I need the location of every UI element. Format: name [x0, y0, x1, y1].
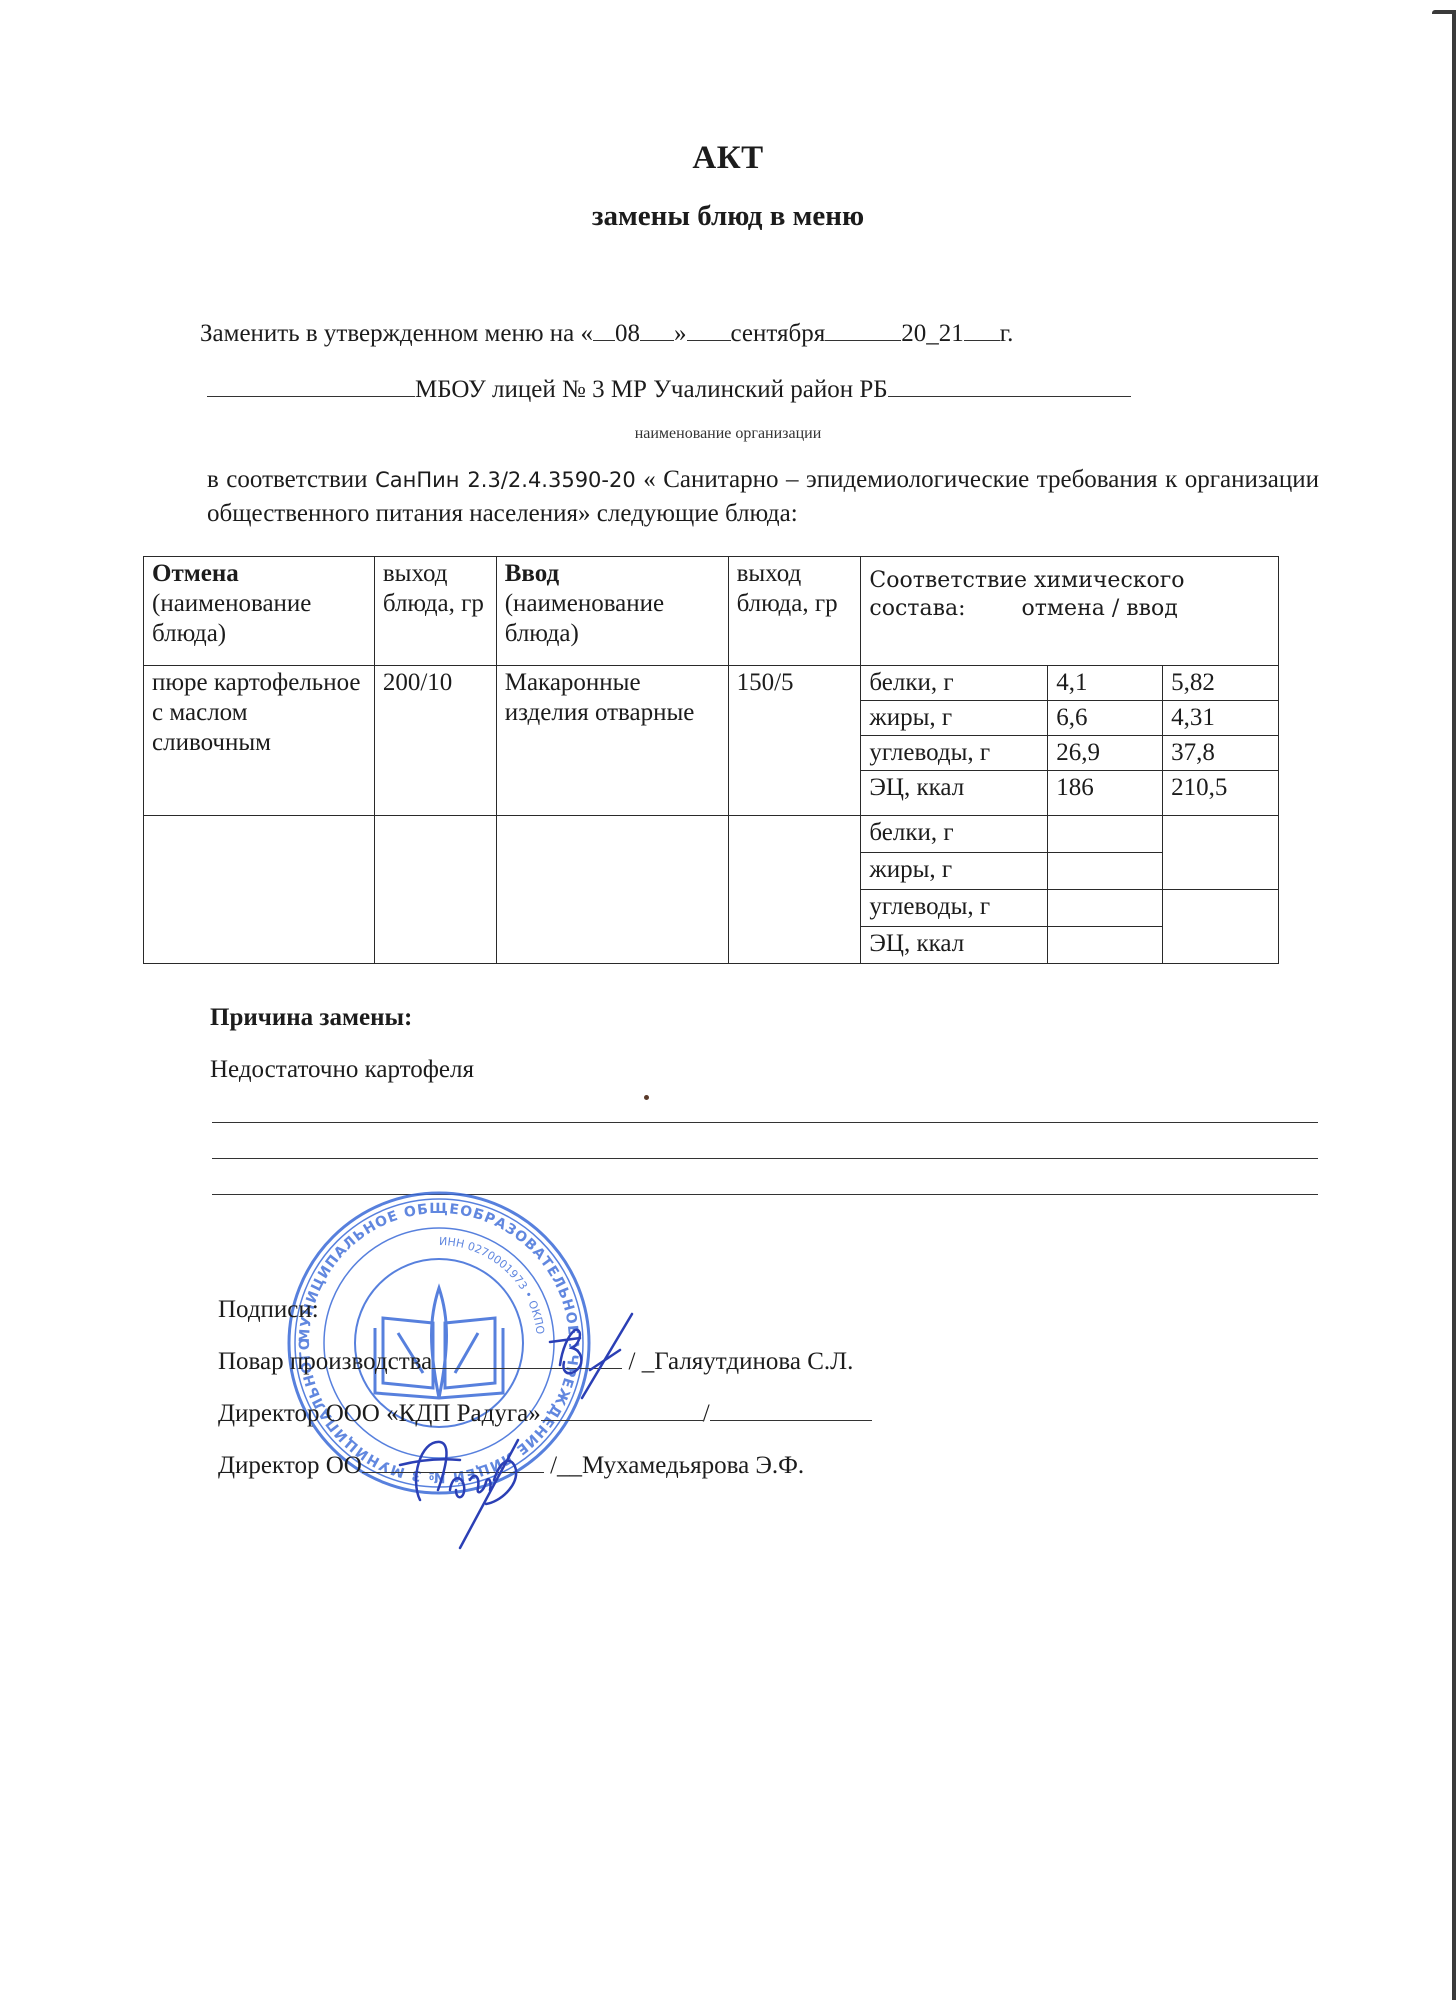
- organization-line: МБОУ лицей № 3 МР Учалинский район РБ: [207, 374, 1131, 404]
- scan-edge-top: [1432, 10, 1456, 14]
- cancel-dish-cell: [144, 816, 375, 964]
- chem-label: белки, г: [861, 816, 1048, 853]
- chem-label: ЭЦ, ккал: [861, 771, 1048, 816]
- chem-cancel-value: 6,6: [1048, 701, 1163, 736]
- chem-cancel-value: [1048, 927, 1163, 964]
- chem-label: углеводы, г: [861, 736, 1048, 771]
- chem-cancel-value: 26,9: [1048, 736, 1163, 771]
- organization-name: МБОУ лицей № 3 МР Учалинский район РБ: [415, 376, 888, 403]
- chem-input-value: 37,8: [1163, 736, 1279, 771]
- director-handwritten-signature: [390, 1420, 540, 1550]
- replace-day: 08: [615, 320, 640, 347]
- chem-input-value: 5,82: [1163, 666, 1279, 701]
- document-subtitle: замены блюд в меню: [0, 200, 1456, 233]
- chem-label: жиры, г: [861, 701, 1048, 736]
- scan-edge: [1452, 10, 1456, 2000]
- sanpin-reference: СанПин 2.3/2.4.3590-20: [375, 468, 636, 492]
- organization-caption: наименование организации: [0, 425, 1456, 443]
- signatures-title: Подписи:: [218, 1296, 319, 1324]
- chem-cancel-value: [1048, 890, 1163, 927]
- replace-year-suffix: г.: [1000, 320, 1014, 347]
- chem-label: жиры, г: [861, 853, 1048, 890]
- cook-handwritten-signature: [520, 1310, 640, 1400]
- chem-cancel-value: 186: [1048, 771, 1163, 816]
- replace-date-line: Заменить в утвержденном меню на «08»сент…: [200, 318, 1013, 348]
- cancel-yield-cell: 200/10: [374, 666, 496, 816]
- scan-speck: [644, 1095, 649, 1100]
- input-yield-cell: 150/5: [728, 666, 861, 816]
- signature-name: _Галяутдинова С.Л.: [642, 1348, 854, 1375]
- cancel-yield-cell: [374, 816, 496, 964]
- input-dish-cell: [496, 816, 728, 964]
- chem-label: белки, г: [861, 666, 1048, 701]
- input-yield-cell: [728, 816, 861, 964]
- cancel-dish-cell: пюре картофельное с маслом сливочным: [144, 666, 375, 816]
- chem-label: углеводы, г: [861, 890, 1048, 927]
- document-title: АКТ: [0, 140, 1456, 177]
- menu-replacement-table: Отмена (наименование блюда) выход блюда,…: [143, 556, 1279, 964]
- signature-name: __Мухамедьярова Э.Ф.: [557, 1452, 804, 1479]
- basis-paragraph: в соответствии СанПин 2.3/2.4.3590-20 « …: [207, 463, 1319, 531]
- chem-cancel-value: [1048, 816, 1163, 853]
- replace-year: 20_21: [901, 320, 964, 347]
- table-row: пюре картофельное с маслом сливочным 200…: [144, 666, 1279, 701]
- signature-role: Повар производства: [218, 1348, 432, 1375]
- chem-input-value: 4,31: [1163, 701, 1279, 736]
- reason-blank-line-1: [212, 1122, 1318, 1123]
- chem-label: ЭЦ, ккал: [861, 927, 1048, 964]
- table-row-empty: белки, г: [144, 816, 1279, 853]
- replace-month: сентября: [731, 320, 826, 347]
- chem-cancel-value: 4,1: [1048, 666, 1163, 701]
- chem-input-value: [1163, 816, 1279, 890]
- header-input-yield: выход блюда, гр: [728, 557, 861, 666]
- reason-title: Причина замены:: [210, 1004, 412, 1032]
- chem-cancel-value: [1048, 853, 1163, 890]
- header-cancel-yield: выход блюда, гр: [374, 557, 496, 666]
- replace-prefix: Заменить в утвержденном меню на «: [200, 320, 593, 347]
- reason-blank-line-2: [212, 1158, 1318, 1159]
- header-cancel-dish: Отмена (наименование блюда): [144, 557, 375, 666]
- header-chemical-composition: Соответствие химического состава:отмена …: [861, 557, 1279, 666]
- input-dish-cell: Макаронные изделия отварные: [496, 666, 728, 816]
- chem-input-value: [1163, 890, 1279, 964]
- replace-close-quote: »: [674, 320, 687, 347]
- chem-input-value: 210,5: [1163, 771, 1279, 816]
- table-header-row: Отмена (наименование блюда) выход блюда,…: [144, 557, 1279, 666]
- signature-role: Директор ОО: [218, 1452, 362, 1479]
- reason-text: Недостаточно картофеля: [210, 1056, 474, 1084]
- signature-row-kdp-director: Директор ООО «КДП Радуга»/: [218, 1398, 872, 1428]
- header-input-dish: Ввод(наименование блюда): [496, 557, 728, 666]
